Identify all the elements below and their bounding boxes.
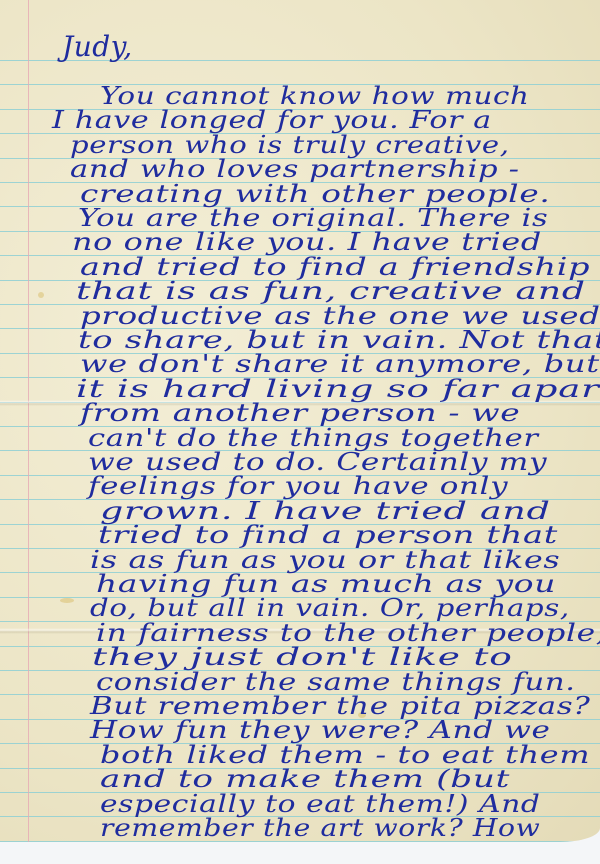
margin-line <box>28 0 29 842</box>
stain-mark <box>60 598 74 603</box>
letter-line: remember the art work? How <box>100 814 540 842</box>
salutation: Judy, <box>62 30 133 63</box>
stain-mark <box>38 292 44 298</box>
lined-paper-sheet: Judy, You cannot know how muchI have lon… <box>0 0 600 842</box>
